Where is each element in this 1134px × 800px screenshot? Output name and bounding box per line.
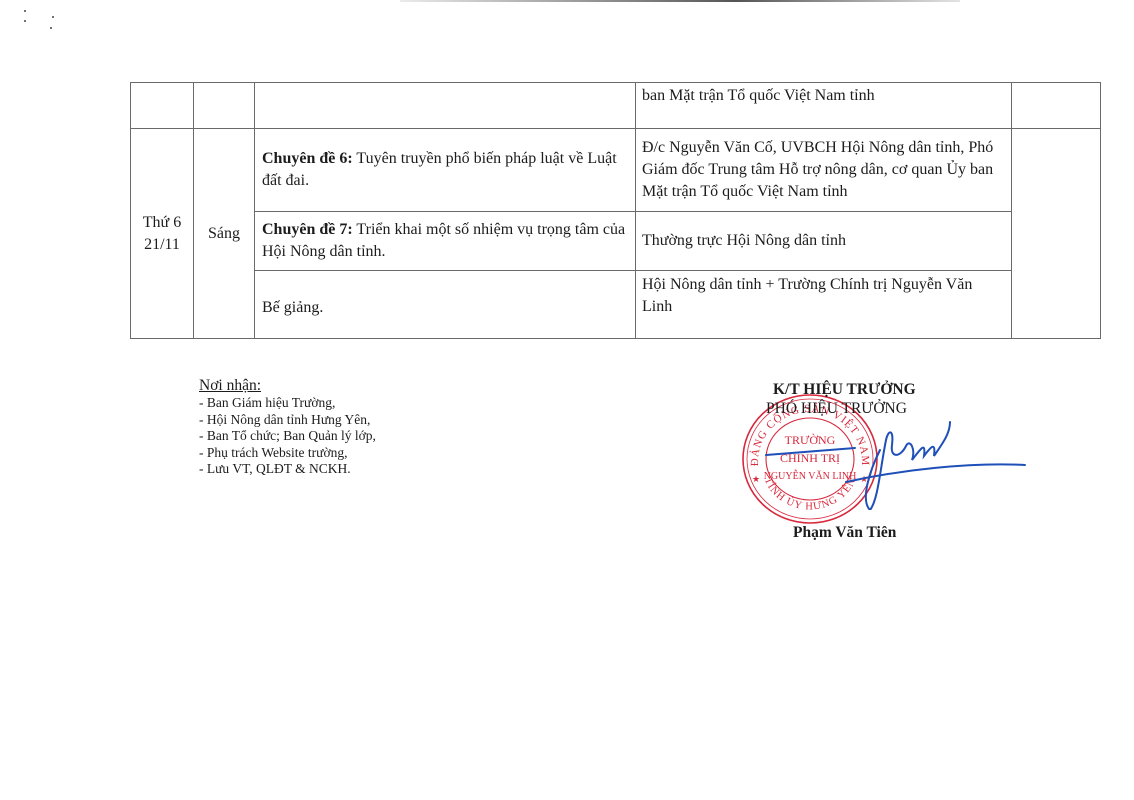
session-cell: [194, 83, 255, 129]
recipients-block: Nơi nhận: - Ban Giám hiệu Trường, - Hội …: [199, 377, 376, 478]
handwritten-signature-icon: [760, 410, 1030, 510]
topic-text: Bế giảng.: [262, 299, 323, 316]
note-cell: [1012, 129, 1101, 339]
day-cell: Thứ 6 21/11: [131, 129, 194, 339]
date-label: 21/11: [137, 234, 187, 256]
scan-specks: [22, 8, 62, 32]
schedule-table: ban Mặt trận Tổ quốc Việt Nam tỉnh Thứ 6…: [130, 82, 1101, 339]
presenter-cell: Đ/c Nguyễn Văn Cố, UVBCH Hội Nông dân tỉ…: [636, 129, 1012, 212]
day-cell: [131, 83, 194, 129]
recipient-item: - Hội Nông dân tỉnh Hưng Yên,: [199, 412, 376, 429]
topic-cell: Bế giảng.: [255, 271, 636, 339]
recipient-item: - Phụ trách Website trường,: [199, 445, 376, 462]
topic-number: Chuyên đề 7:: [262, 221, 353, 238]
topic-number: Chuyên đề 6:: [262, 150, 353, 167]
recipients-title: Nơi nhận:: [199, 377, 376, 395]
table-row: Bế giảng. Hội Nông dân tỉnh + Trường Chí…: [131, 271, 1101, 339]
table-row: Chuyên đề 7: Triển khai một số nhiệm vụ …: [131, 212, 1101, 271]
signer-name: Phạm Văn Tiên: [793, 524, 896, 542]
signature-title-1: K/T HIỆU TRƯỞNG: [773, 381, 916, 399]
recipient-item: - Ban Giám hiệu Trường,: [199, 395, 376, 412]
scan-edge-line: [400, 0, 960, 2]
presenter-cell: Thường trực Hội Nông dân tỉnh: [636, 212, 1012, 271]
note-cell: [1012, 83, 1101, 129]
table-row: Thứ 6 21/11 Sáng Chuyên đề 6: Tuyên truy…: [131, 129, 1101, 212]
topic-cell: Chuyên đề 6: Tuyên truyền phổ biến pháp …: [255, 129, 636, 212]
topic-cell: [255, 83, 636, 129]
presenter-cell: ban Mặt trận Tổ quốc Việt Nam tỉnh: [636, 83, 1012, 129]
topic-cell: Chuyên đề 7: Triển khai một số nhiệm vụ …: [255, 212, 636, 271]
svg-text:★: ★: [752, 474, 760, 484]
day-label: Thứ 6: [137, 212, 187, 234]
signature-block: ĐẢNG CỘNG SẢN VIỆT NAM TỈNH ỦY HƯNG YÊN …: [740, 380, 970, 550]
table-row: ban Mặt trận Tổ quốc Việt Nam tỉnh: [131, 83, 1101, 129]
recipient-item: - Ban Tổ chức; Ban Quản lý lớp,: [199, 428, 376, 445]
presenter-cell: Hội Nông dân tỉnh + Trường Chính trị Ngu…: [636, 271, 1012, 339]
session-cell: Sáng: [194, 129, 255, 339]
recipient-item: - Lưu VT, QLĐT & NCKH.: [199, 461, 376, 478]
